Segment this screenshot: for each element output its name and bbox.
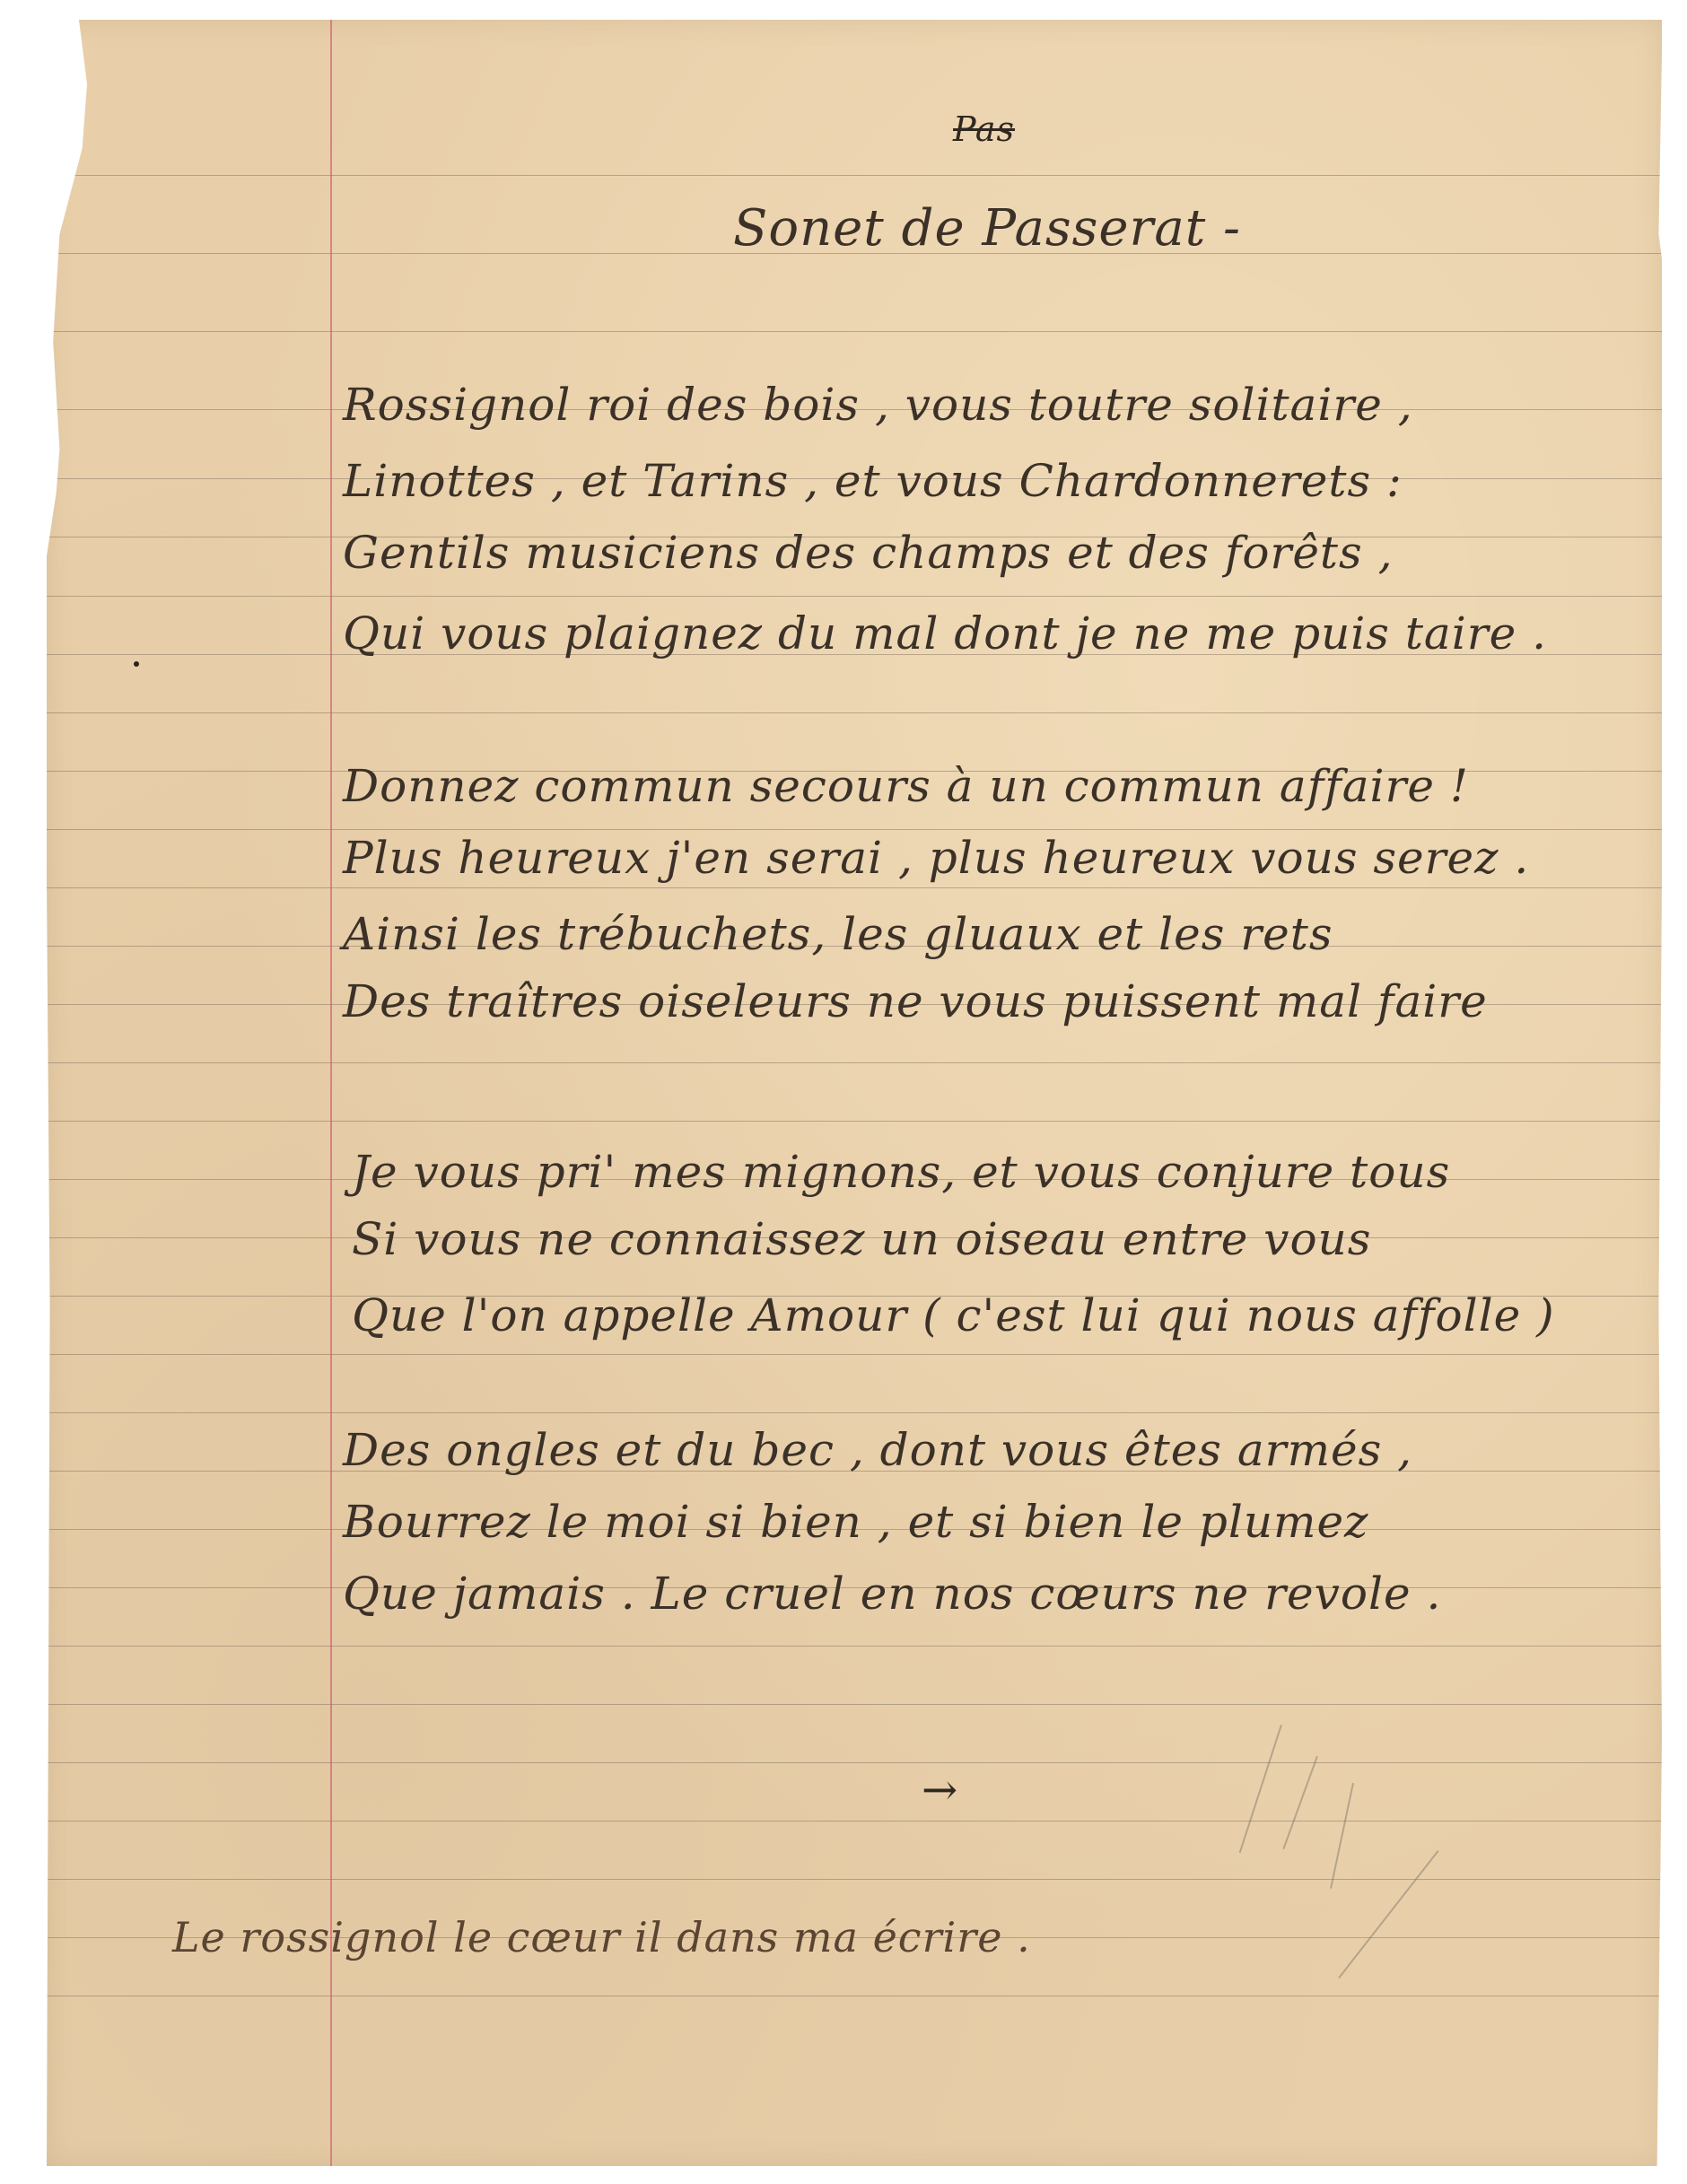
arrow-mark: → [922,1765,958,1815]
poem-line: Qui vous plaignez du mal dont je ne me p… [343,607,1547,660]
pencil-mark [1282,1756,1318,1849]
poem-line: Gentils musiciens des champs et des forê… [343,527,1393,579]
poem-line: Bourrez le moi si bien , et si bien le p… [343,1496,1368,1548]
ruled-line [47,1412,1662,1413]
poem-line: Si vous ne connaissez un oiseau entre vo… [352,1213,1371,1265]
ruled-line [47,331,1662,332]
poem-line: Linottes , et Tarins , et vous Chardonne… [343,455,1403,507]
poem-line: Des ongles et du bec , dont vous êtes ar… [343,1424,1412,1476]
ruled-line [47,712,1662,713]
struck-header-word: Pas [953,109,1015,149]
manuscript-page: Pas Sonet de Passerat - Rossignol roi de… [47,20,1662,2166]
final-note-line: Le rossignol le cœur il dans ma écrire . [172,1913,1031,1961]
ruled-line [47,1062,1662,1063]
ruled-line [47,175,1662,176]
pencil-mark [1338,1850,1438,1979]
poem-line: Rossignol roi des bois , vous toutre sol… [343,379,1413,431]
poem-title: Sonet de Passerat - [733,199,1241,258]
ruled-line [47,887,1662,888]
poem-line: Que jamais . Le cruel en nos cœurs ne re… [343,1568,1441,1620]
ruled-line [47,1646,1662,1647]
poem-line: Donnez commun secours à un commun affair… [343,760,1469,812]
red-margin-line [330,20,332,2166]
ruled-line [47,1762,1662,1763]
poem-line: Des traîtres oiseleurs ne vous puissent … [343,975,1488,1027]
ink-dot [134,661,139,667]
ruled-line [47,829,1662,830]
ruled-line [47,1354,1662,1355]
poem-line: Plus heureux j'en serai , plus heureux v… [343,832,1529,884]
pencil-mark [1330,1783,1354,1889]
ruled-line [47,596,1662,597]
poem-line: Ainsi les trébuchets, les gluaux et les … [343,908,1333,960]
poem-line: Je vous pri' mes mignons, et vous conjur… [352,1146,1450,1198]
ruled-line [47,1821,1662,1821]
ruled-line [47,1121,1662,1122]
ruled-line [47,1996,1662,1996]
ruled-line [47,1879,1662,1880]
poem-line: Que l'on appelle Amour ( c'est lui qui n… [352,1289,1555,1341]
ruled-line [47,1704,1662,1705]
pencil-mark [1239,1725,1282,1853]
